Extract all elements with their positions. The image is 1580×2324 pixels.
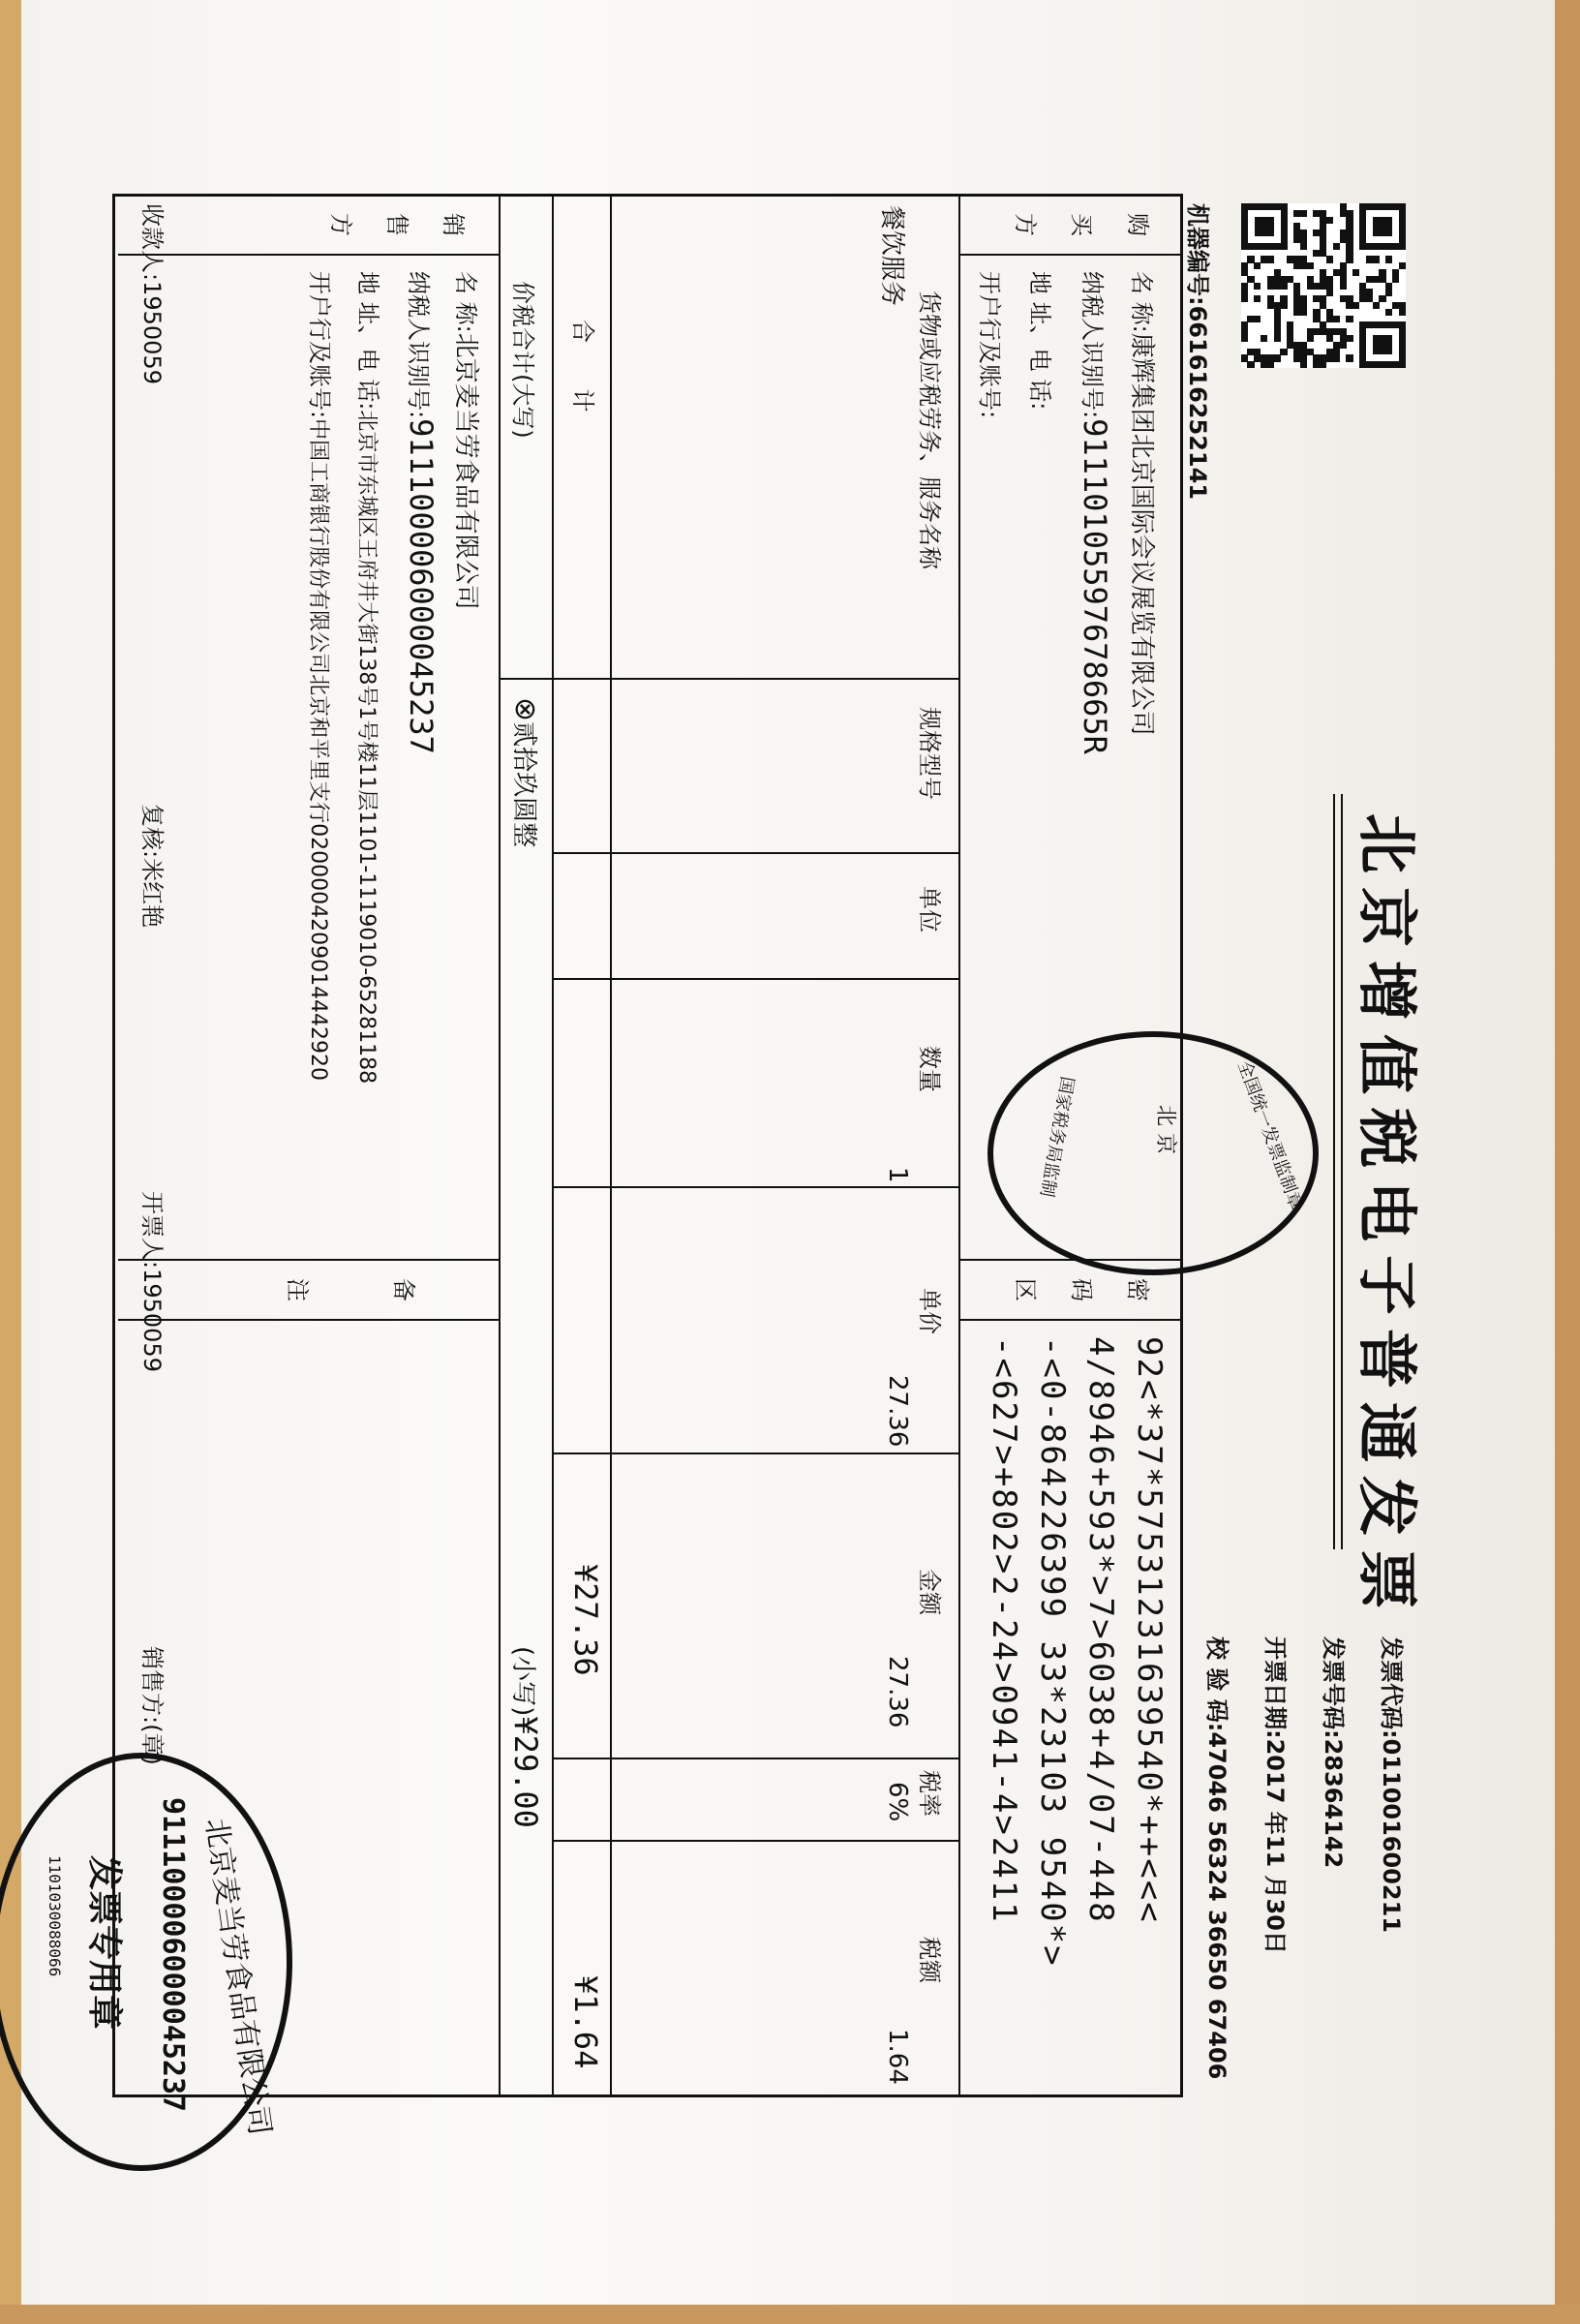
grand-total-top-line — [552, 194, 554, 2095]
grand-total-small-label: (小写) — [508, 1646, 537, 1716]
buyer-address-row: 地 址、电 话: — [1025, 271, 1059, 410]
buyer-address-label: 地 址、电 话: — [1026, 271, 1053, 410]
seller-bank-value: 中国工商银行股份有限公司北京和平里支行0200004209014442920 — [306, 418, 330, 1081]
cipher-side-label: 密码区 — [997, 1270, 1166, 1309]
remarks-side-label: 备注 — [244, 1270, 457, 1309]
total-amount: ¥27.36 — [567, 1564, 604, 1676]
buyer-tax-id-value: 91110105597678665R — [1077, 418, 1113, 754]
header-amount: 金额 — [915, 1569, 949, 1615]
cipher-line: -<627>+802>2-24>0941-4>2411 — [980, 1336, 1028, 1924]
grand-total-small: (小写)¥29.00 — [507, 1646, 544, 1828]
remarks-side-divider — [118, 1319, 501, 1321]
totals-top-line — [610, 194, 612, 2095]
title-underline — [1341, 794, 1343, 1549]
grand-total-label: 价税合计(大写) — [508, 281, 542, 439]
invoice-code-value: 011001600211 — [1378, 1739, 1405, 1933]
grand-total-words-value: 贰拾玖圆整 — [509, 721, 538, 847]
machine-number-value: 661616252141 — [1184, 306, 1211, 500]
header-price: 单价 — [915, 1288, 949, 1334]
col-divider-amount — [554, 1452, 960, 1454]
reviewer-label: 复核: — [138, 804, 166, 858]
qr-code-icon — [1241, 203, 1406, 368]
col-divider-spec — [554, 678, 960, 680]
seller-name-value: 北京麦当劳食品有限公司 — [451, 333, 480, 610]
seller-tax-id-value: 911100006000045237 — [403, 418, 440, 754]
invoice-title: 北京增值税电子普通发票 — [1349, 813, 1435, 1623]
item-tax: 1.64 — [883, 2029, 912, 2085]
total-label: 合 计 — [568, 320, 602, 432]
invoice-code: 发票代码:011001600211 — [1377, 1636, 1411, 1933]
buyer-bank-row: 开户行及账号: — [975, 271, 1009, 418]
payee-label: 收款人: — [138, 203, 166, 281]
header-rate: 税率 — [915, 1770, 949, 1817]
payee-value: 1950059 — [138, 281, 166, 384]
machine-number-label: 机器编号: — [1184, 203, 1211, 306]
issuer-label: 开票人: — [138, 1191, 166, 1269]
header-unit: 单位 — [915, 886, 949, 933]
grand-total-small-value: ¥29.00 — [507, 1716, 544, 1828]
seller-seal-label: 销售方:(章) — [137, 1646, 171, 1765]
seller-seal-tax-id: 911100006000045237 — [156, 1797, 190, 2112]
seller-tax-id-row: 纳税人识别号:911100006000045237 — [403, 271, 440, 754]
seller-seal-arc: 北京麦当劳食品有限公司 — [197, 1816, 284, 2138]
seller-address-value: 北京市东城区王府井大街138号1号楼11层1101-1119010-652811… — [354, 410, 379, 1084]
issue-date-label: 开票日期: — [1261, 1636, 1289, 1739]
invoice-number-label: 发票号码: — [1320, 1636, 1347, 1739]
seller-seal-center: 发票专用章 — [82, 1855, 132, 2030]
buyer-name-value: 康辉集团北京国际会议展览有限公司 — [1127, 333, 1156, 736]
buyer-bottom-line — [958, 194, 960, 2095]
buyer-tax-id-row: 纳税人识别号:91110105597678665R — [1077, 271, 1113, 754]
grand-total-words: ⊗贰拾玖圆整 — [508, 697, 544, 847]
buyer-bank-label: 开户行及账号: — [976, 271, 1003, 418]
check-code: 校 验 码:47046 56324 36650 67406 — [1202, 1636, 1236, 2079]
col-divider-tax — [554, 1840, 960, 1842]
buyer-tax-id-label: 纳税人识别号: — [1079, 271, 1106, 418]
tax-bureau-stamp: 全国统一发票监制章 北 京 国家税务局监制 — [987, 1031, 1319, 1275]
header-spec: 规格型号 — [915, 707, 949, 800]
cipher-line: -<0-864226399 33*23103 9540*> — [1028, 1336, 1077, 1968]
seller-address-row: 地 址、电 话:北京市东城区王府井大街138号1号楼11层1101-111901… — [353, 271, 387, 1084]
buyer-name-label: 名 称: — [1128, 271, 1155, 333]
issuer: 开票人:1950059 — [137, 1191, 171, 1372]
seller-invoice-seal: 北京麦当劳食品有限公司 911100006000045237 发票专用章 110… — [0, 1753, 292, 2171]
seller-bank-row: 开户行及账号:中国工商银行股份有限公司北京和平里支行02000042090144… — [305, 271, 339, 1081]
seller-name-row: 名 称:北京麦当劳食品有限公司 — [450, 271, 486, 610]
seller-name-label: 名 称: — [452, 271, 479, 333]
machine-number: 机器编号:661616252141 — [1183, 203, 1217, 500]
invoice-number: 发票号码:28364142 — [1319, 1636, 1352, 1868]
header-item-name: 货物或应税劳务、服务名称 — [915, 290, 949, 569]
col-divider-price — [554, 1186, 960, 1188]
seller-side-label: 销售方 — [313, 205, 481, 244]
invoice-number-value: 28364142 — [1320, 1739, 1347, 1869]
reviewer-value: 米红艳 — [138, 858, 166, 928]
cipher-side-divider — [960, 1319, 1183, 1321]
payee: 收款人:1950059 — [137, 203, 171, 384]
invoice-document: 机器编号:661616252141 北京增值税电子普通发票 发票代码:01100… — [0, 0, 1580, 2324]
grand-total-divider — [501, 678, 554, 680]
seller-seal-serial: 1101030088066 — [46, 1855, 64, 1976]
col-divider-qty — [554, 978, 960, 980]
issue-date: 开票日期:2017 年11 月30日 — [1261, 1636, 1294, 1954]
issue-date-value: 2017 年11 月30日 — [1261, 1739, 1289, 1954]
check-code-value: 47046 56324 36650 67406 — [1203, 1731, 1231, 2079]
tax-bureau-stamp-bottom: 国家税务局监制 — [1035, 1075, 1080, 1200]
buyer-side-divider — [960, 254, 1183, 256]
total-tax: ¥1.64 — [567, 1975, 604, 2068]
header-qty: 数量 — [915, 1046, 949, 1092]
cipher-line: 4/8946+593*>7>6038+4/07-448 — [1077, 1336, 1125, 1924]
col-divider-rate — [554, 1758, 960, 1759]
circled-x-icon: ⊗ — [508, 697, 542, 721]
invoice-code-label: 发票代码: — [1378, 1636, 1405, 1739]
title-underline-2 — [1333, 794, 1335, 1549]
seller-tax-id-label: 纳税人识别号: — [405, 271, 432, 418]
seller-side-divider — [118, 254, 501, 256]
item-price: 27.36 — [883, 1375, 912, 1447]
buyer-side-label: 购买方 — [997, 205, 1166, 244]
cipher-line: 92<*37*57531231639540*++<<< — [1125, 1336, 1173, 1924]
check-code-label: 校 验 码: — [1203, 1636, 1231, 1731]
reviewer: 复核:米红艳 — [137, 804, 171, 928]
seller-top-line — [499, 194, 501, 2095]
buyer-name-row: 名 称:康辉集团北京国际会议展览有限公司 — [1126, 271, 1162, 736]
seller-address-label: 地 址、电 话: — [354, 271, 381, 410]
tax-bureau-stamp-middle: 北 京 — [1152, 1105, 1182, 1154]
col-divider-unit — [554, 852, 960, 854]
remarks-left-divider — [118, 1259, 501, 1261]
issuer-value: 1950059 — [138, 1269, 166, 1372]
header-tax: 税额 — [915, 1937, 949, 1983]
item-name: 餐饮服务 — [876, 205, 912, 306]
item-amount: 27.36 — [883, 1656, 912, 1728]
item-qty: 1 — [883, 1167, 912, 1183]
item-rate: 6% — [883, 1782, 912, 1821]
seller-bank-label: 开户行及账号: — [306, 271, 333, 418]
tax-bureau-stamp-top: 全国统一发票监制章 — [1232, 1056, 1310, 1212]
